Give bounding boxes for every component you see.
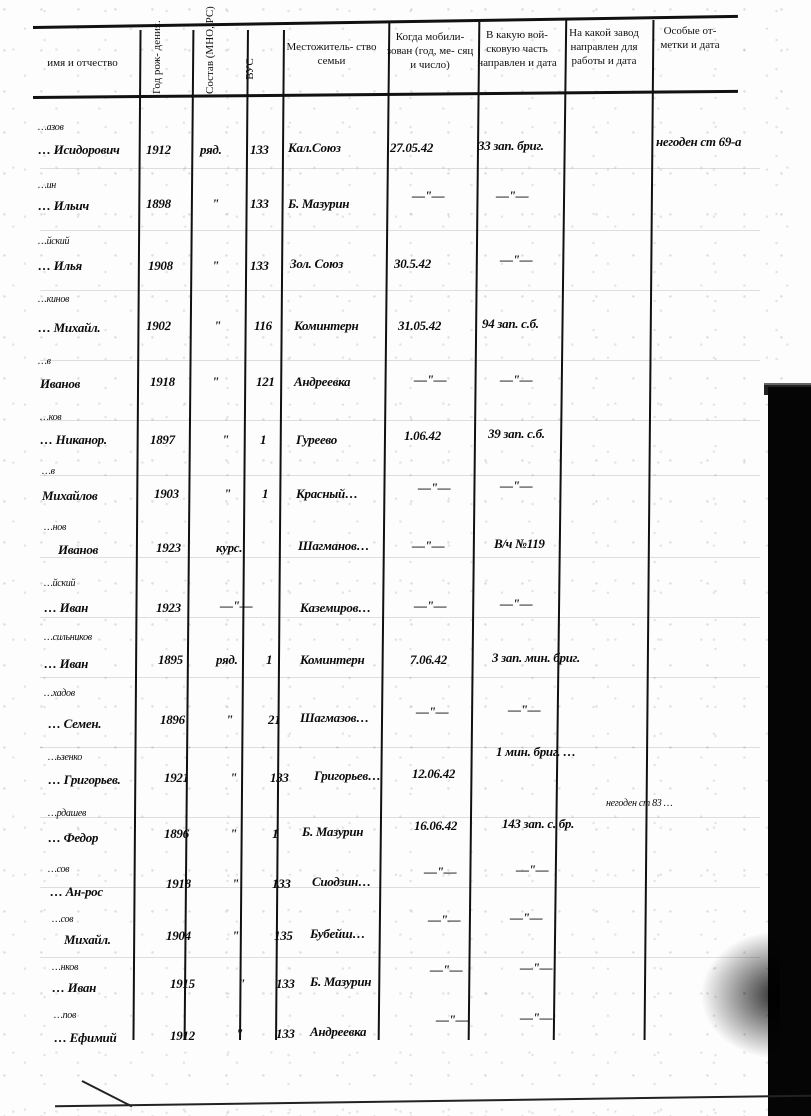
row-military-unit: —"— (496, 188, 528, 204)
row-birth-year: 1896 (160, 712, 185, 728)
scanner-smudge (700, 930, 780, 1060)
row-name: … Григорьев. (48, 772, 120, 788)
row-surname: …ин (38, 180, 56, 191)
row-residence: Кал.Союз (288, 140, 341, 156)
page-bottom-edge (55, 1095, 811, 1108)
row-composition: " (230, 826, 237, 842)
row-surname: …в (42, 466, 55, 477)
row-rule (40, 360, 760, 361)
header-name: имя и отчество (35, 56, 130, 70)
row-residence: Гуреево (296, 432, 337, 448)
row-rule (40, 290, 760, 291)
row-name: … Ефимий (54, 1030, 116, 1046)
row-composition: " (224, 486, 231, 502)
row-name: … Исидорович (38, 142, 120, 158)
row-birth-year: 1902 (146, 318, 171, 334)
row-composition: ряд. (200, 142, 222, 158)
row-vus: 133 (250, 196, 269, 212)
row-birth-year: 1896 (164, 826, 189, 842)
row-rule (40, 957, 760, 958)
column-divider (239, 30, 249, 1040)
row-residence: Каземиров… (300, 600, 371, 616)
row-military-unit: —"— (500, 252, 532, 268)
row-surname: …пов (54, 1010, 76, 1021)
row-name: … Ан-рос (50, 884, 103, 900)
row-residence: Бубейш… (310, 926, 365, 942)
row-name: … Никанор. (40, 432, 107, 448)
row-name: Михайлов (42, 488, 97, 504)
row-surname: …рдашев (48, 808, 86, 819)
row-military-unit: —"— (510, 910, 542, 926)
corner-mark (82, 1080, 133, 1107)
row-name: … Семен. (48, 716, 101, 732)
row-composition: " (212, 374, 219, 390)
row-vus: 1 (272, 826, 278, 842)
row-composition: " (226, 712, 233, 728)
row-name: … Ильич (38, 198, 89, 214)
row-composition: " (212, 258, 219, 274)
row-surname: …ьзенко (48, 752, 82, 763)
row-notes: негоден ст 83 … (606, 798, 672, 809)
row-rule (40, 747, 760, 748)
header-composition: Состав (МНО, РС) (203, 24, 217, 94)
row-surname: …ков (40, 412, 61, 423)
row-rule (40, 557, 760, 558)
row-rule (40, 420, 760, 421)
row-birth-year: 1918 (150, 374, 175, 390)
row-name: Иванов (40, 376, 80, 392)
row-birth-year: 1908 (148, 258, 173, 274)
row-military-unit: —"— (500, 596, 532, 612)
row-military-unit: 1 мин. бриг. … (496, 744, 576, 760)
row-vus: 133 (276, 976, 295, 992)
row-residence: Б. Мазурин (288, 196, 349, 212)
row-composition: " (236, 1026, 243, 1042)
row-military-unit: 39 зап. с.б. (488, 426, 545, 442)
row-mobilized: —"— (412, 188, 444, 204)
row-birth-year: 1918 (166, 876, 191, 892)
ledger-page: имя и отчество Год рож- дения. Состав (М… (0, 0, 811, 1116)
row-mobilized: —"— (436, 1012, 468, 1028)
row-composition: —"— (220, 598, 252, 614)
header-military-unit: В какую вой- сковую часть направлен и да… (476, 28, 558, 70)
row-rule (40, 475, 760, 476)
row-name: … Илья (38, 258, 82, 274)
row-birth-year: 1895 (158, 652, 183, 668)
row-birth-year: 1903 (154, 486, 179, 502)
header-factory: На какой завод направлен для работы и да… (560, 26, 648, 68)
row-surname: …йский (44, 578, 75, 589)
row-vus: 1 (266, 652, 272, 668)
row-surname: …кинов (38, 294, 69, 305)
row-name: … Федор (48, 830, 98, 846)
row-military-unit: 143 зап. с. бр. (502, 816, 574, 832)
row-vus: 1 (260, 432, 266, 448)
row-surname: …сов (48, 864, 69, 875)
row-mobilized: —"— (424, 864, 456, 880)
row-composition: " (232, 928, 239, 944)
row-mobilized: —"— (416, 704, 448, 720)
header-family-residence: Местожитель- ство семьи (284, 40, 379, 68)
row-birth-year: 1923 (156, 600, 181, 616)
row-mobilized: —"— (414, 598, 446, 614)
row-birth-year: 1921 (164, 770, 189, 786)
row-composition: ряд. (216, 652, 238, 668)
row-military-unit: 33 зап. бриг. (478, 138, 544, 154)
row-vus: 121 (256, 374, 275, 390)
row-vus: 1 (262, 486, 268, 502)
row-military-unit: —"— (520, 960, 552, 976)
row-military-unit: В/ч №119 (494, 536, 545, 552)
row-composition: " (212, 196, 219, 212)
row-birth-year: 1897 (150, 432, 175, 448)
header-birth-year: Год рож- дения. (150, 24, 164, 94)
row-surname: …в (38, 356, 51, 367)
row-name: … Иван (52, 980, 96, 996)
row-vus: 133 (250, 258, 269, 274)
row-birth-year: 1904 (166, 928, 191, 944)
header-mobilized: Когда мобили- зован (год, ме- сяц и числ… (386, 30, 474, 72)
row-surname: …нков (52, 962, 78, 973)
row-mobilized: —"— (418, 480, 450, 496)
row-vus: 21 (268, 712, 280, 728)
row-vus: 133 (276, 1026, 295, 1042)
row-name: … Иван (44, 656, 88, 672)
row-composition: " (238, 976, 245, 992)
row-composition: " (232, 876, 239, 892)
row-military-unit: —"— (520, 1010, 552, 1026)
row-surname: …сов (52, 914, 73, 925)
row-surname: …азов (38, 122, 64, 133)
row-birth-year: 1912 (146, 142, 171, 158)
row-military-unit: —"— (508, 702, 540, 718)
row-vus: 133 (270, 770, 289, 786)
row-mobilized: 27.05.42 (390, 140, 433, 156)
row-vus: 133 (250, 142, 269, 158)
row-name: Иванов (58, 542, 98, 558)
column-divider (132, 30, 141, 1040)
row-vus: 133 (272, 876, 291, 892)
row-mobilized: 16.06.42 (414, 818, 457, 834)
row-name: Михайл. (64, 932, 111, 948)
row-composition: " (230, 770, 237, 786)
row-residence: Шагмазов… (300, 710, 369, 726)
row-surname: …сильников (44, 632, 92, 643)
row-vus: 135 (274, 928, 293, 944)
row-residence: Григорьев… (314, 768, 381, 784)
row-residence: Шагманов… (298, 538, 369, 554)
row-birth-year: 1915 (170, 976, 195, 992)
row-military-unit: 3 зап. мин. бриг. (492, 650, 580, 666)
row-residence: Зол. Союз (290, 256, 343, 272)
row-mobilized: —"— (430, 962, 462, 978)
header-vus: ВУС (243, 49, 257, 89)
row-rule (40, 168, 760, 169)
row-residence: Б. Мазурин (310, 974, 371, 990)
row-name: … Иван (44, 600, 88, 616)
row-mobilized: —"— (428, 912, 460, 928)
row-residence: Красный… (296, 486, 358, 502)
row-name: … Михайл. (38, 320, 100, 336)
row-rule (40, 677, 760, 678)
row-composition: курс. (216, 540, 242, 556)
row-mobilized: —"— (412, 538, 444, 554)
row-notes: негоден ст 69-а (656, 134, 741, 150)
row-mobilized: —"— (414, 372, 446, 388)
row-mobilized: 7.06.42 (410, 652, 447, 668)
row-mobilized: 30.5.42 (394, 256, 431, 272)
row-residence: Андреевка (310, 1024, 366, 1040)
row-composition: " (214, 318, 221, 334)
row-birth-year: 1912 (170, 1028, 195, 1044)
row-surname: …нов (44, 522, 66, 533)
row-mobilized: 31.05.42 (398, 318, 441, 334)
row-residence: Андреевка (294, 374, 350, 390)
row-birth-year: 1923 (156, 540, 181, 556)
row-residence: Коминтерн (294, 318, 358, 334)
row-mobilized: 12.06.42 (412, 766, 455, 782)
row-composition: " (222, 432, 229, 448)
row-residence: Б. Мазурин (302, 824, 363, 840)
row-vus: 116 (254, 318, 272, 334)
row-mobilized: 1.06.42 (404, 428, 441, 444)
row-surname: …хадов (44, 688, 75, 699)
row-military-unit: —"— (500, 478, 532, 494)
header-notes: Особые от- метки и дата (650, 24, 730, 52)
row-surname: …йский (38, 236, 69, 247)
row-rule (40, 617, 760, 618)
row-military-unit: —"— (500, 372, 532, 388)
row-residence: Коминтерн (300, 652, 364, 668)
row-birth-year: 1898 (146, 196, 171, 212)
row-rule (40, 887, 760, 888)
row-residence: Сиодзин… (312, 874, 371, 890)
row-rule (40, 230, 760, 231)
row-military-unit: —"— (516, 862, 548, 878)
row-military-unit: 94 зап. с.б. (482, 316, 539, 332)
row-rule (40, 817, 760, 818)
